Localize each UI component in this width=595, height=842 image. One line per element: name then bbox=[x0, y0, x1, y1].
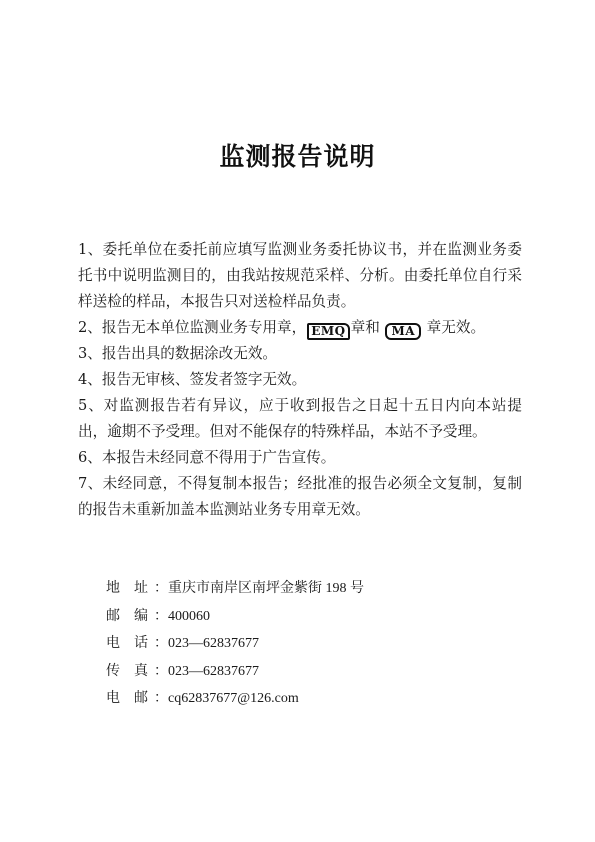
fax-value: 023—62837677 bbox=[168, 658, 259, 686]
notice-item-4: 4、报告无审核、签发者签字无效。 bbox=[78, 367, 522, 393]
item-text: 章无效。 bbox=[422, 319, 485, 336]
item-text: 报告无本单位监测业务专用章， bbox=[102, 319, 306, 336]
contact-label: 电邮 bbox=[106, 685, 154, 713]
postcode-value: 400060 bbox=[168, 603, 210, 631]
item-number: 4、 bbox=[78, 371, 102, 388]
item-text: 报告出具的数据涂改无效。 bbox=[102, 345, 277, 362]
item-number: 2、 bbox=[78, 319, 102, 336]
item-text: 报告无审核、签发者签字无效。 bbox=[102, 371, 306, 388]
contact-label: 地址 bbox=[106, 575, 154, 603]
contact-label: 传真 bbox=[106, 658, 154, 686]
contact-info: 地址：重庆市南岸区南坪金紫街 198 号 邮编：400060 电话：023—62… bbox=[106, 575, 364, 713]
item-number: 3、 bbox=[78, 345, 102, 362]
notice-list: 1、委托单位在委托前应填写监测业务委托协议书，并在监测业务委托书中说明监测目的，… bbox=[78, 237, 522, 523]
notice-item-2: 2、报告无本单位监测业务专用章，EMQ章和 MA 章无效。 bbox=[78, 315, 522, 341]
item-number: 7、 bbox=[78, 475, 103, 492]
document-page: 监测报告说明 1、委托单位在委托前应填写监测业务委托协议书，并在监测业务委托书中… bbox=[0, 0, 595, 842]
address-value: 重庆市南岸区南坪金紫街 198 号 bbox=[168, 575, 364, 603]
item-number: 5、 bbox=[78, 397, 104, 414]
contact-address: 地址：重庆市南岸区南坪金紫街 198 号 bbox=[106, 575, 364, 603]
notice-item-6: 6、本报告未经同意不得用于广告宣传。 bbox=[78, 445, 522, 471]
contact-email: 电邮：cq62837677@126.com bbox=[106, 685, 364, 713]
page-title: 监测报告说明 bbox=[0, 137, 595, 173]
item-text: 对监测报告若有异议，应于收到报告之日起十五日内向本站提出，逾期不予受理。但对不能… bbox=[78, 397, 522, 440]
contact-fax: 传真：023—62837677 bbox=[106, 658, 364, 686]
contact-label: 电话 bbox=[106, 630, 154, 658]
email-value: cq62837677@126.com bbox=[168, 685, 299, 713]
cma-seal-icon: MA bbox=[385, 323, 421, 340]
item-text: 未经同意，不得复制本报告；经批准的报告必须全文复制，复制的报告未重新加盖本监测站… bbox=[78, 475, 522, 518]
notice-item-7: 7、未经同意，不得复制本报告；经批准的报告必须全文复制，复制的报告未重新加盖本监… bbox=[78, 471, 522, 523]
notice-item-5: 5、对监测报告若有异议，应于收到报告之日起十五日内向本站提出，逾期不予受理。但对… bbox=[78, 393, 522, 445]
phone-value: 023—62837677 bbox=[168, 630, 259, 658]
item-number: 6、 bbox=[78, 449, 102, 466]
item-number: 1、 bbox=[78, 241, 103, 258]
notice-item-1: 1、委托单位在委托前应填写监测业务委托协议书，并在监测业务委托书中说明监测目的，… bbox=[78, 237, 522, 315]
emq-seal-icon: EMQ bbox=[307, 323, 349, 340]
item-text: 本报告未经同意不得用于广告宣传。 bbox=[102, 449, 336, 466]
notice-item-3: 3、报告出具的数据涂改无效。 bbox=[78, 341, 522, 367]
item-text: 章和 bbox=[351, 319, 385, 336]
item-text: 委托单位在委托前应填写监测业务委托协议书，并在监测业务委托书中说明监测目的，由我… bbox=[78, 241, 522, 310]
contact-phone: 电话：023—62837677 bbox=[106, 630, 364, 658]
contact-postcode: 邮编：400060 bbox=[106, 603, 364, 631]
contact-label: 邮编 bbox=[106, 603, 154, 631]
